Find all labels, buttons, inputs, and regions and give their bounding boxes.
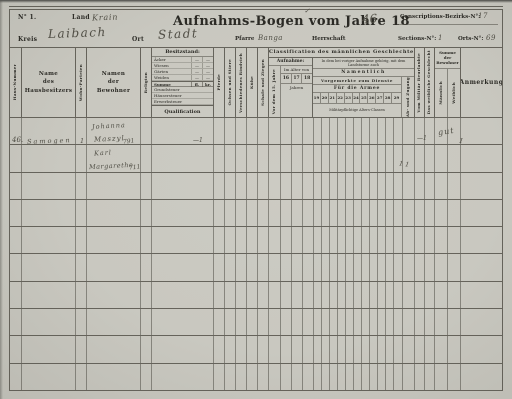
grid-cell [247, 282, 258, 308]
grid-cell [435, 282, 448, 308]
grid-cell [281, 254, 292, 280]
grid-cell [378, 364, 386, 390]
grid-cell [370, 282, 378, 308]
besitz-row-value: — [191, 69, 202, 74]
grid-cell [236, 173, 247, 199]
grid-cell [10, 173, 22, 199]
kreis-label: Kreis [18, 36, 37, 43]
grid-cell [292, 282, 303, 308]
grid-cell [281, 145, 292, 171]
grid-cell [415, 254, 425, 280]
grid-cell [394, 227, 403, 253]
grid-cell [394, 282, 403, 308]
besitz-row-value: — [202, 57, 213, 62]
grid-cell [425, 200, 435, 226]
grid-cell [10, 364, 22, 390]
grid-cell [330, 254, 338, 280]
grid-cell [362, 118, 370, 144]
grid-cell [292, 200, 303, 226]
grid-cell [314, 118, 322, 144]
column-maennlich: Männlich [435, 69, 448, 117]
grid-cell [415, 364, 425, 390]
grid-cell [322, 200, 330, 226]
grid-cell [152, 118, 214, 144]
form-number: N° 1. [18, 14, 36, 21]
grid-cell [314, 254, 322, 280]
grid-cell [214, 145, 225, 171]
besitz-row-label: Wiesen [152, 63, 191, 68]
grid-cell [281, 227, 292, 253]
grid-cell [415, 173, 425, 199]
grid-cell [236, 282, 247, 308]
grid-cell-anmerkung [461, 173, 502, 199]
grid-cell [141, 254, 152, 280]
grid-cell [346, 227, 354, 253]
grid-cell [22, 364, 76, 390]
grid-cell [386, 227, 394, 253]
summe-label: Summe [152, 82, 191, 87]
grid-cell [269, 309, 281, 335]
grid-cell [225, 364, 236, 390]
grid-cell [214, 173, 225, 199]
grid-cell [258, 145, 269, 171]
grid-cell [236, 227, 247, 253]
grid-cell [425, 118, 435, 144]
grid-cell [141, 364, 152, 390]
grid-cell [303, 227, 314, 253]
grid-cell [292, 118, 303, 144]
grid-cell [225, 254, 236, 280]
besitz-row-value: — [191, 75, 202, 80]
hausbesitzer-line: des [25, 78, 72, 86]
class-cell: 28 [384, 93, 392, 103]
class-cell: 29 [392, 93, 401, 103]
weiblich-label: Das weibliche Geschlecht [427, 50, 431, 114]
grid-cell [303, 282, 314, 308]
grid-cell [370, 364, 378, 390]
aufnahme-label: Aufnahme: [269, 58, 312, 66]
grid-cell [330, 227, 338, 253]
conscription-value: 17 [478, 12, 488, 20]
besitz-row-label: Weiden [152, 75, 191, 80]
grid-cell [303, 254, 314, 280]
grid-cell [236, 200, 247, 226]
scan-edge [0, 0, 3, 399]
grid-cell [330, 364, 338, 390]
grid-cell [378, 282, 386, 308]
grid-cell [314, 200, 322, 226]
grid-cell [269, 145, 281, 171]
grid-cell [314, 336, 322, 362]
column-weiblich: Das weibliche Geschlecht [425, 48, 435, 117]
grid-cell [258, 364, 269, 390]
summe-title-line: Bewohner [435, 60, 460, 65]
grid-cell [10, 227, 22, 253]
grid-cell [435, 254, 448, 280]
grid-cell [87, 145, 141, 171]
grid-cell [338, 118, 346, 144]
grid-cell [314, 364, 322, 390]
scan-edge [0, 0, 512, 3]
grid-cell [303, 173, 314, 199]
grid-cell [152, 227, 214, 253]
grid-cell [322, 309, 330, 335]
bewohner-line: Bewohner [97, 87, 130, 95]
column-hausbesitzer: Name des Hausbesitzers [22, 48, 76, 117]
grid-cell [258, 254, 269, 280]
grid-cell [425, 282, 435, 308]
class-cells: 19 20 21 22 23 24 25 26 27 28 29 [313, 93, 401, 104]
grid-cell [247, 227, 258, 253]
grid-cell [403, 227, 415, 253]
grid-cell [403, 282, 415, 308]
grid-cell-anmerkung [461, 364, 502, 390]
grid-cell [87, 227, 141, 253]
grid-cell [346, 118, 354, 144]
grid-cell [87, 336, 141, 362]
grid-cell [394, 254, 403, 280]
besitz-row-value: — [191, 57, 202, 62]
grid-cell [152, 200, 214, 226]
grid-cell [281, 118, 292, 144]
haus-nummer-label: Haus-Nummer [13, 64, 17, 100]
grid-cell [362, 336, 370, 362]
grid-cell [10, 336, 22, 362]
kr-label: kr. [202, 82, 213, 87]
grid-cell [322, 118, 330, 144]
besitzstand-title: Besitzstand: [152, 48, 213, 57]
grid-cell [141, 309, 152, 335]
grid-cell [386, 145, 394, 171]
classification-title: Classification des männlichen Geschlecht… [269, 48, 414, 58]
tax-label: Erwerbsteuer [152, 99, 191, 104]
column-religion: Religion [141, 48, 152, 117]
grid-cell [214, 254, 225, 280]
namentlich-label: Namentlich [313, 69, 414, 77]
grid-cell [435, 145, 448, 171]
grid-cell [22, 200, 76, 226]
grid-cell [214, 336, 225, 362]
grid-cell [346, 336, 354, 362]
grid-cell [394, 173, 403, 199]
classification-main: In dem bei voriger Aufnahme gehörig, mit… [313, 58, 414, 117]
grid-cell [448, 364, 461, 390]
grid-cell [303, 200, 314, 226]
grid-cell [403, 336, 415, 362]
grid-cell [292, 364, 303, 390]
column-beurlaubte: Vom Militär Beurlaubte [415, 48, 425, 117]
grid-cell [247, 309, 258, 335]
class-caption: Militärpflichtige Alters-Classen [313, 104, 401, 117]
besitz-row-label: Äcker [152, 57, 191, 62]
grid-cell [386, 173, 394, 199]
fuer-die-armee-label: Für die Armee [313, 85, 401, 93]
weiblich-sub-label: Weiblich [452, 82, 456, 104]
anmerkung-label: Anmerkung [461, 79, 502, 86]
fl-label: fl. [191, 82, 202, 87]
grid-cell [258, 282, 269, 308]
grid-cell [425, 309, 435, 335]
grid-cell [152, 173, 214, 199]
im-alter-von-label: Im Alter von [281, 66, 312, 73]
grid-cell [403, 364, 415, 390]
grid-cell [378, 309, 386, 335]
grid-cell [236, 309, 247, 335]
grid-cell [76, 118, 87, 144]
grid-cell [314, 282, 322, 308]
grid-cell [322, 254, 330, 280]
grid-cell [394, 145, 403, 171]
grid-cell [435, 227, 448, 253]
grid-cell [303, 364, 314, 390]
religion-label: Religion [144, 72, 148, 93]
hausbesitzer-line: Hausbesitzers [25, 87, 72, 95]
grid-cell [269, 364, 281, 390]
grid-cell [236, 118, 247, 144]
grid-cell [141, 336, 152, 362]
grid-cell [214, 282, 225, 308]
grid-cell [415, 336, 425, 362]
age-cell: 18 [302, 74, 312, 83]
grid-cell [362, 254, 370, 280]
table-row [10, 173, 502, 200]
grid-cell [338, 173, 346, 199]
tax-label: Häusersteuer [152, 93, 191, 98]
grid-cell [236, 254, 247, 280]
column-rindvieh: Verschiedenes Rindvieh [236, 48, 247, 117]
grid-cell [10, 118, 22, 144]
grid-cell [370, 173, 378, 199]
grid-cell [330, 200, 338, 226]
grid-cell [370, 309, 378, 335]
grid-cell [281, 282, 292, 308]
grid-cell [346, 200, 354, 226]
grid-cell [435, 118, 448, 144]
grid-cell [338, 282, 346, 308]
orts-label: Orts-N°: [458, 36, 483, 42]
column-wohnpartei: Wohn-Parteien [76, 48, 87, 117]
grid-cell [152, 145, 214, 171]
besitz-row-value: — [202, 75, 213, 80]
grid-cell [214, 200, 225, 226]
grid-cell [448, 118, 461, 144]
grid-cell [152, 282, 214, 308]
column-weiblich-sub: Weiblich [448, 69, 460, 117]
grid-cell [247, 145, 258, 171]
grid-cell [415, 200, 425, 226]
besitzstand-box: Besitzstand: Äcker — — Wiesen — — Gärten… [152, 48, 214, 117]
grid-cell [346, 254, 354, 280]
grid-cell [281, 336, 292, 362]
grid-cell [269, 173, 281, 199]
table-body [10, 118, 502, 390]
grid-cell [225, 200, 236, 226]
grid-cell [330, 118, 338, 144]
table-row [10, 364, 502, 390]
grid-cell [236, 364, 247, 390]
grid-cell [448, 173, 461, 199]
grid-cell [362, 309, 370, 335]
grid-cell [314, 309, 322, 335]
grid-cell [87, 254, 141, 280]
rindvieh-label: Verschiedenes Rindvieh [239, 53, 243, 113]
grid-cell [354, 118, 362, 144]
grid-cell [322, 145, 330, 171]
class-cell: 25 [360, 93, 368, 103]
kreis-value: Laibach [48, 25, 107, 41]
column-ab-zu: Ab- und Zugang [402, 77, 414, 117]
grid-cell [225, 173, 236, 199]
class-cell: 21 [329, 93, 337, 103]
grid-cell [354, 173, 362, 199]
grid-cell-anmerkung [461, 309, 502, 335]
grid-cell [425, 336, 435, 362]
grid-cell [338, 254, 346, 280]
grid-cell [22, 118, 76, 144]
grid-cell [448, 336, 461, 362]
age-cells: 16 17 18 [281, 73, 312, 84]
grid-cell [214, 309, 225, 335]
bewohner-line: der [97, 78, 130, 86]
grid-cell [10, 200, 22, 226]
grid-cell [322, 227, 330, 253]
grid-cell [247, 254, 258, 280]
pferde-label: Pferde [217, 74, 221, 91]
grid-cell [378, 173, 386, 199]
grid-cell [281, 309, 292, 335]
grid-cell [330, 282, 338, 308]
grid-cell [354, 364, 362, 390]
column-haus-nummer: Haus-Nummer [10, 48, 22, 117]
grid-cell [247, 336, 258, 362]
under15-label: Vor dem 15. Jahre [272, 69, 276, 114]
age-cell: 16 [281, 74, 292, 83]
class-cell: 23 [345, 93, 353, 103]
form-header: N° 1. Land Krain ✓ Aufnahms-Bogen vom Ja… [10, 10, 502, 48]
grid-cell [354, 145, 362, 171]
grid-cell [258, 118, 269, 144]
ort-label: Ort [132, 36, 144, 43]
grid-cell [292, 145, 303, 171]
grid-cell [269, 336, 281, 362]
besitz-row-value: — [202, 63, 213, 68]
grid-cell [303, 309, 314, 335]
herrschaft-label: Herrschaft [312, 36, 345, 42]
grid-cell [76, 336, 87, 362]
aufnahme-box: Aufnahme: Vor dem 15. Jahre Im Alter von… [269, 58, 313, 117]
grid-cell [330, 309, 338, 335]
grid-cell [152, 254, 214, 280]
grid-cell [22, 145, 76, 171]
grid-cell [362, 173, 370, 199]
grid-cell [303, 118, 314, 144]
column-pferde: Pferde [214, 48, 225, 117]
grid-cell-anmerkung [461, 118, 502, 144]
grid-cell [403, 309, 415, 335]
grid-cell [76, 364, 87, 390]
qualification-label: Qualification [152, 105, 213, 117]
grid-cell [448, 309, 461, 335]
grid-cell [346, 173, 354, 199]
grid-cell [346, 364, 354, 390]
grid-cell [292, 336, 303, 362]
grid-cell [22, 254, 76, 280]
grid-cell [322, 282, 330, 308]
grid-cell [87, 173, 141, 199]
kuehe-label: Kühe [250, 76, 254, 89]
beurlaubte-label: Vom Militär Beurlaubte [417, 53, 421, 113]
schafe-label: Schafe und Ziegen [261, 59, 265, 106]
grid-cell [415, 118, 425, 144]
grid-cell [330, 173, 338, 199]
grid-cell [87, 282, 141, 308]
grid-cell [425, 145, 435, 171]
grid-cell [269, 254, 281, 280]
column-schafe: Schafe und Ziegen [258, 48, 269, 117]
grid-cell [281, 200, 292, 226]
grid-cell [378, 145, 386, 171]
grid-cell-anmerkung [461, 227, 502, 253]
table-row [10, 227, 502, 254]
grid-cell [386, 254, 394, 280]
year-value: 46 [362, 11, 378, 26]
grid-cell [378, 118, 386, 144]
grid-cell [346, 282, 354, 308]
grid-cell [346, 145, 354, 171]
grid-cell [448, 254, 461, 280]
grid-cell [76, 145, 87, 171]
grid-cell [258, 173, 269, 199]
grid-cell [269, 200, 281, 226]
grid-cell [258, 309, 269, 335]
grid-cell [269, 282, 281, 308]
summe-box: Summe der Bewohner Männlich Weiblich [435, 48, 461, 117]
grid-cell [425, 227, 435, 253]
grid-cell [338, 309, 346, 335]
column-bewohner: Namen der Bewohner [87, 48, 141, 117]
grid-cell [76, 173, 87, 199]
grid-cell [354, 254, 362, 280]
grid-cell [386, 309, 394, 335]
grid-cell [269, 227, 281, 253]
vorgemerkte-label: Vorgemerkte zum Dienste [313, 77, 401, 85]
grid-cell-anmerkung [461, 336, 502, 362]
age-cell: 17 [292, 74, 303, 83]
grid-cell [386, 200, 394, 226]
grid-cell [435, 336, 448, 362]
grid-cell [225, 309, 236, 335]
grid-cell [269, 118, 281, 144]
grid-cell [362, 364, 370, 390]
classification-group: Classification des männlichen Geschlecht… [269, 48, 415, 117]
class-cell: 22 [337, 93, 345, 103]
grid-cell-anmerkung [461, 200, 502, 226]
grid-cell-anmerkung [461, 254, 502, 280]
besitz-row-value: — [191, 63, 202, 68]
grid-cell [258, 227, 269, 253]
orts-value: 69 [486, 34, 496, 42]
grid-cell [87, 364, 141, 390]
grid-cell [76, 227, 87, 253]
grid-cell [386, 364, 394, 390]
grid-cell [225, 336, 236, 362]
grid-cell [292, 173, 303, 199]
grid-cell [425, 173, 435, 199]
table-row [10, 200, 502, 227]
grid-cell [141, 227, 152, 253]
grid-cell [152, 336, 214, 362]
grid-cell [448, 200, 461, 226]
